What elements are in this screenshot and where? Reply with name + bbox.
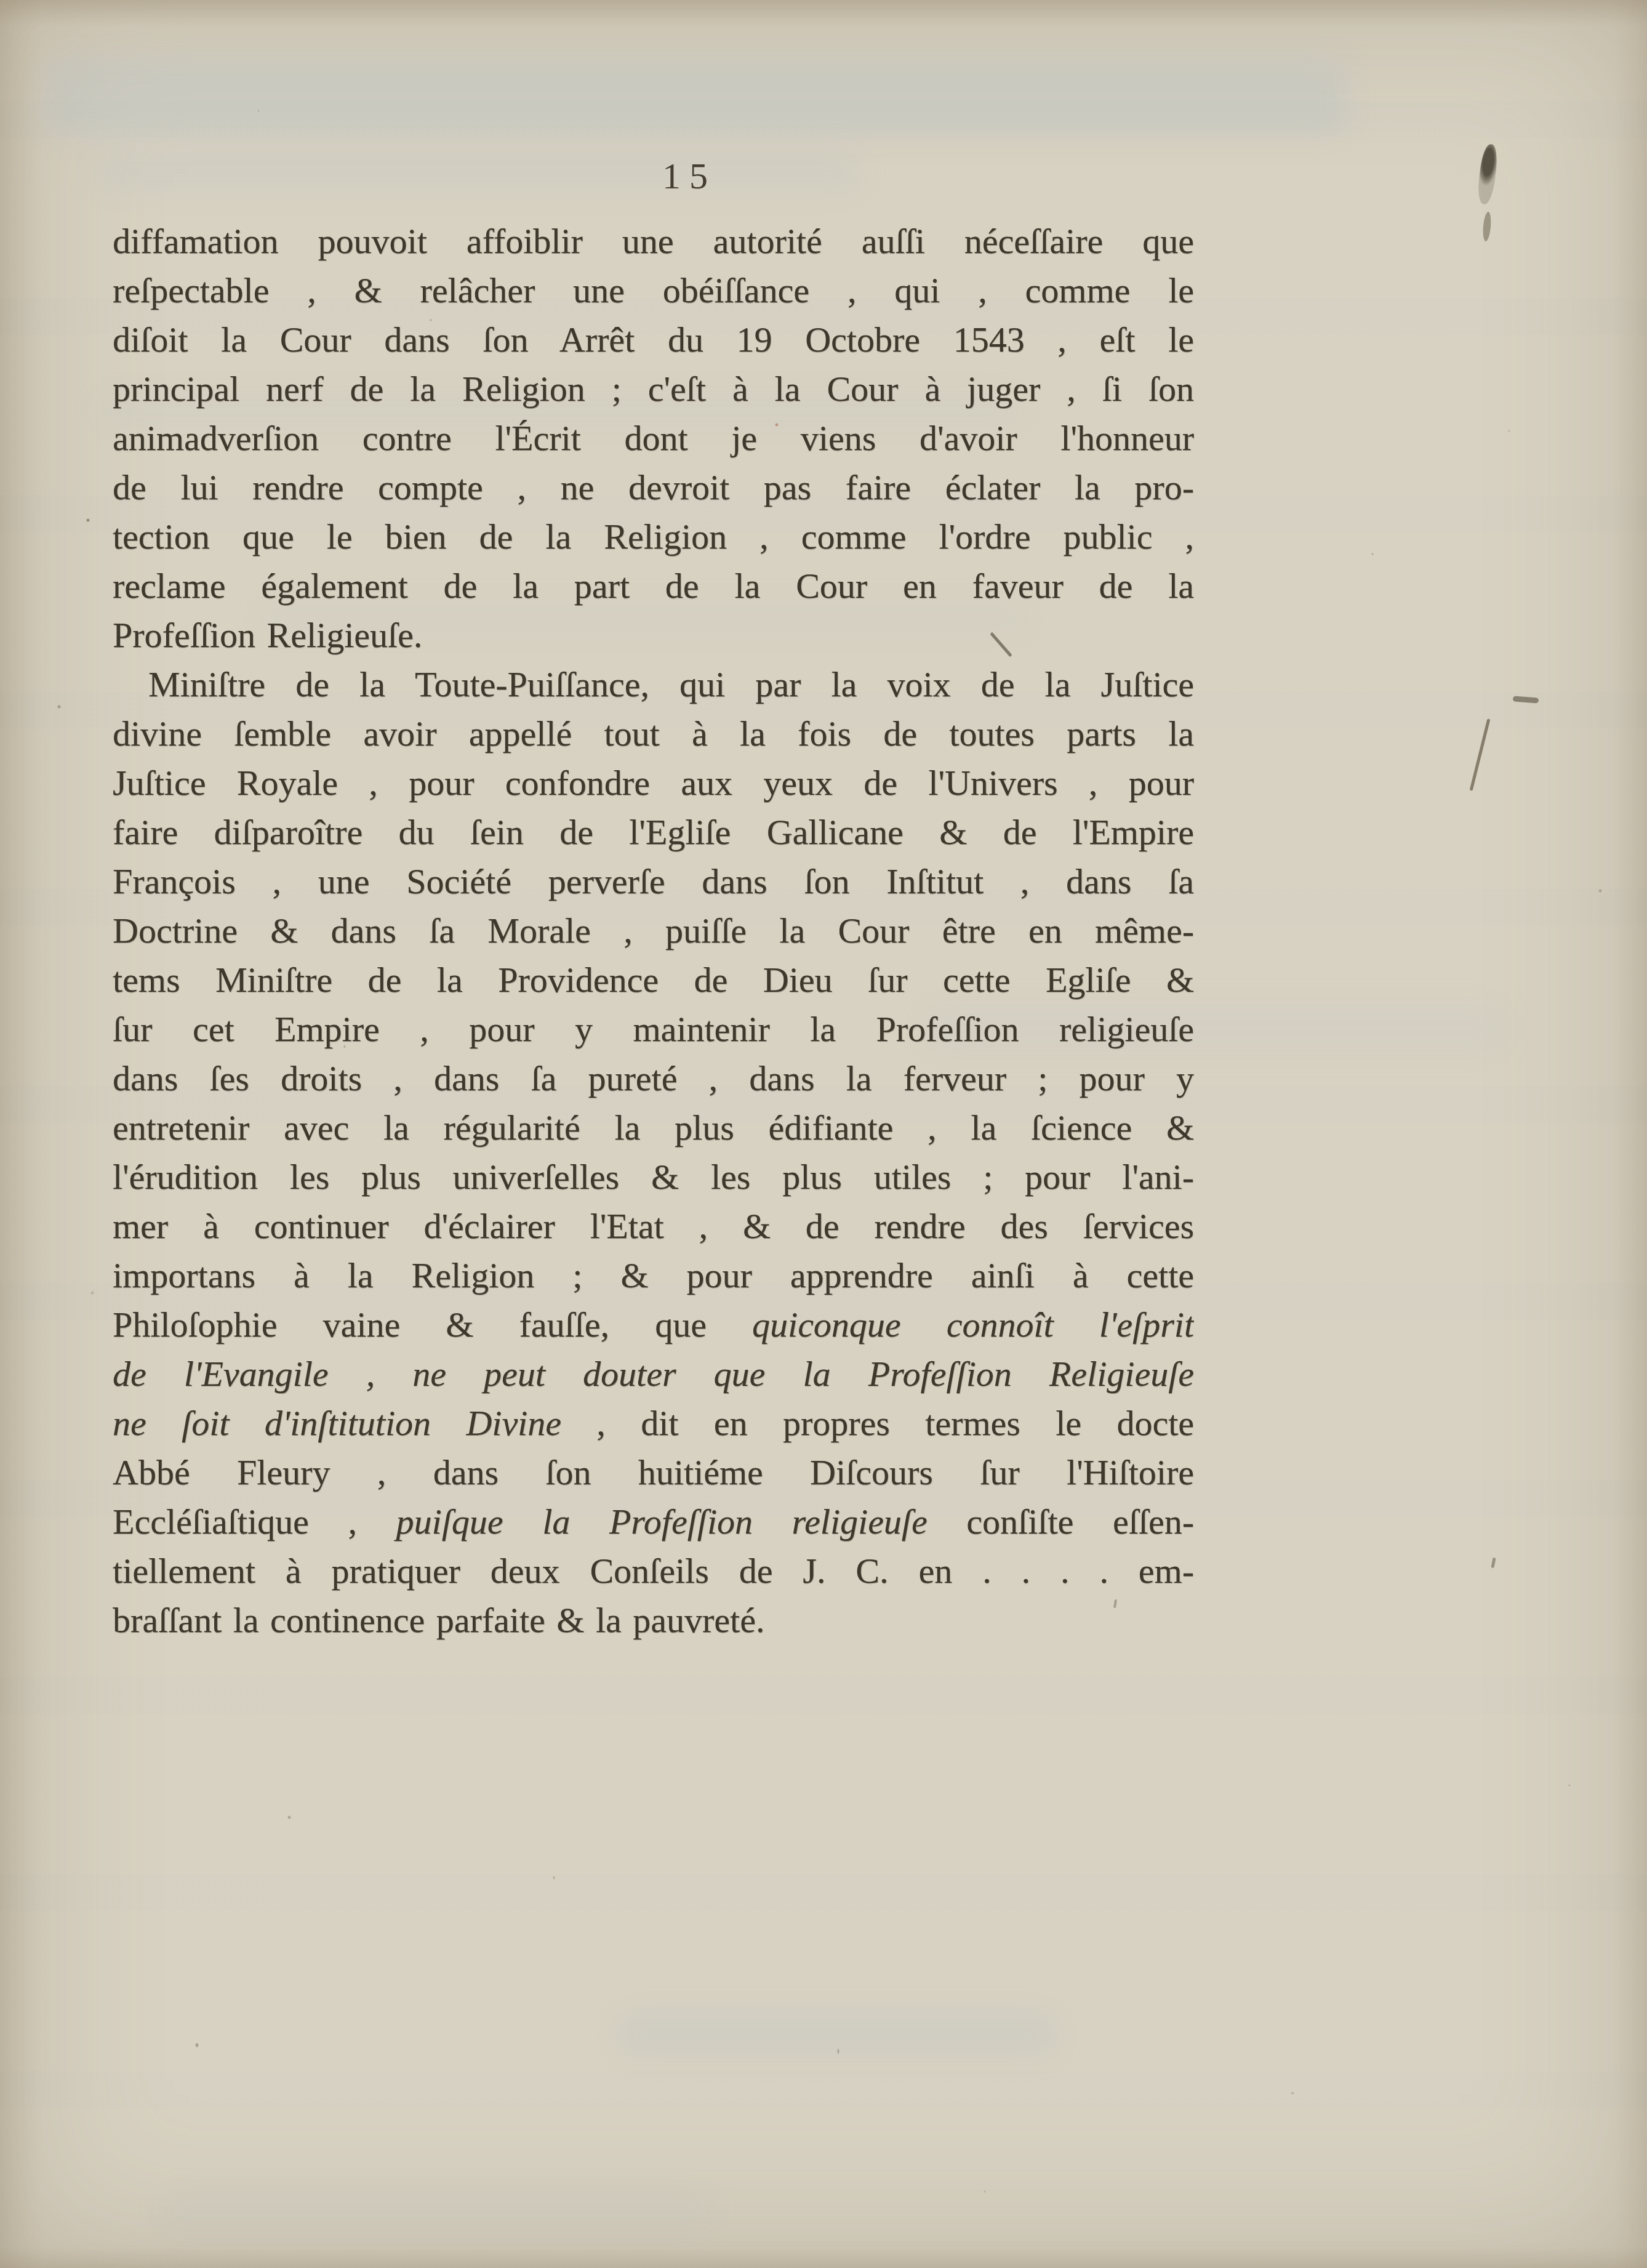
text-segment: Eccléſiaſtique ,	[113, 1502, 396, 1542]
text-line: faire diſparoître du ſein de l'Egliſe Ga…	[113, 808, 1194, 857]
italic-text-segment: de l'Evangile , ne peut douter que la Pr…	[113, 1354, 1194, 1394]
text-segment: braſſant la continence parfaite & la pau…	[113, 1600, 764, 1640]
text-line: reſpectable , & relâcher une obéiſſance …	[113, 266, 1194, 315]
text-segment: Doctrine & dans ſa Morale , puiſſe la Co…	[113, 911, 1194, 951]
text-line: de lui rendre compte , ne devroit pas fa…	[113, 463, 1194, 512]
text-segment: , dit en propres termes le docte	[561, 1403, 1194, 1443]
text-segment: principal nerf de la Religion ; c'eſt à …	[113, 369, 1194, 409]
text-line: dans ſes droits , dans ſa pureté , dans …	[113, 1054, 1194, 1103]
text-segment: entretenir avec la régularité la plus éd…	[113, 1108, 1194, 1148]
text-line: Philoſophie vaine & fauſſe, que quiconqu…	[113, 1300, 1194, 1349]
text-line: braſſant la continence parfaite & la pau…	[113, 1596, 1194, 1645]
text-line: diſoit la Cour dans ſon Arrêt du 19 Octo…	[113, 315, 1194, 364]
italic-text-segment: puiſque la Profeſſion religieuſe	[396, 1502, 928, 1542]
text-line: Abbé Fleury , dans ſon huitiéme Diſcours…	[113, 1448, 1194, 1497]
text-segment: mer à continuer d'éclairer l'Etat , & de…	[113, 1206, 1194, 1246]
text-line: tems Miniſtre de la Providence de Dieu ſ…	[113, 955, 1194, 1005]
text-line: l'érudition les plus univerſelles & les …	[113, 1152, 1194, 1202]
text-line: tiellement à pratiquer deux Conſeils de …	[113, 1546, 1194, 1596]
text-segment: divine ſemble avoir appellé tout à la fo…	[113, 714, 1194, 754]
text-line: mer à continuer d'éclairer l'Etat , & de…	[113, 1202, 1194, 1251]
text-line: principal nerf de la Religion ; c'eſt à …	[113, 364, 1194, 414]
text-segment: l'érudition les plus univerſelles & les …	[113, 1157, 1194, 1197]
text-segment: reclame également de la part de la Cour …	[113, 566, 1194, 606]
text-line: Juſtice Royale , pour confondre aux yeux…	[113, 758, 1194, 808]
text-segment: conſiſte eſſen-	[928, 1502, 1194, 1542]
text-segment: Juſtice Royale , pour confondre aux yeux…	[113, 763, 1194, 803]
page-number: 15	[640, 155, 739, 198]
text-block: diffamation pouvoit affoiblir une autori…	[113, 217, 1194, 1645]
text-line: ne ſoit d'inſtitution Divine , dit en pr…	[113, 1399, 1194, 1448]
text-line: Miniſtre de la Toute-Puiſſance, qui par …	[113, 660, 1194, 709]
italic-text-segment: ne ſoit d'inſtitution Divine	[113, 1403, 561, 1443]
text-segment: de lui rendre compte , ne devroit pas fa…	[113, 467, 1194, 507]
text-line: diffamation pouvoit affoiblir une autori…	[113, 217, 1194, 266]
text-line: animadverſion contre l'Écrit dont je vie…	[113, 414, 1194, 463]
text-line: reclame également de la part de la Cour …	[113, 561, 1194, 611]
text-segment: animadverſion contre l'Écrit dont je vie…	[113, 418, 1194, 458]
text-line: Profeſſion Religieuſe.	[113, 611, 1194, 660]
text-segment: tems Miniſtre de la Providence de Dieu ſ…	[113, 960, 1194, 1000]
text-line: Doctrine & dans ſa Morale , puiſſe la Co…	[113, 906, 1194, 955]
text-line: importans à la Religion ; & pour apprend…	[113, 1251, 1194, 1300]
text-segment: importans à la Religion ; & pour apprend…	[113, 1255, 1194, 1295]
text-segment: dans ſes droits , dans ſa pureté , dans …	[113, 1058, 1194, 1098]
text-line: entretenir avec la régularité la plus éd…	[113, 1103, 1194, 1152]
scanned-book-page: 15 diffamation pouvoit affoiblir une aut…	[0, 0, 1647, 2268]
text-segment: tection que le bien de la Religion , com…	[113, 517, 1194, 557]
text-segment: diſoit la Cour dans ſon Arrêt du 19 Octo…	[113, 320, 1194, 360]
text-line: de l'Evangile , ne peut douter que la Pr…	[113, 1349, 1194, 1399]
text-segment: ſur cet Empire , pour y maintenir la Pro…	[113, 1009, 1194, 1049]
text-segment: François , une Société perverſe dans ſon…	[113, 861, 1194, 901]
text-line: ſur cet Empire , pour y maintenir la Pro…	[113, 1005, 1194, 1054]
text-line: Eccléſiaſtique , puiſque la Profeſſion r…	[113, 1497, 1194, 1546]
text-segment: Philoſophie vaine & fauſſe, que	[113, 1305, 752, 1345]
text-line: François , une Société perverſe dans ſon…	[113, 857, 1194, 906]
text-segment: reſpectable , & relâcher une obéiſſance …	[113, 270, 1194, 310]
text-segment: faire diſparoître du ſein de l'Egliſe Ga…	[113, 812, 1194, 852]
text-segment: tiellement à pratiquer deux Conſeils de …	[113, 1551, 1194, 1591]
text-line: divine ſemble avoir appellé tout à la fo…	[113, 709, 1194, 758]
text-segment: diffamation pouvoit affoiblir une autori…	[113, 221, 1194, 261]
text-line: tection que le bien de la Religion , com…	[113, 512, 1194, 561]
text-segment: Abbé Fleury , dans ſon huitiéme Diſcours…	[113, 1452, 1194, 1492]
text-segment: Profeſſion Religieuſe.	[113, 615, 422, 655]
italic-text-segment: quiconque connoît l'eſprit	[752, 1305, 1194, 1345]
text-segment: Miniſtre de la Toute-Puiſſance, qui par …	[148, 664, 1194, 704]
printed-text-layer: 15 diffamation pouvoit affoiblir une aut…	[0, 0, 1647, 2268]
